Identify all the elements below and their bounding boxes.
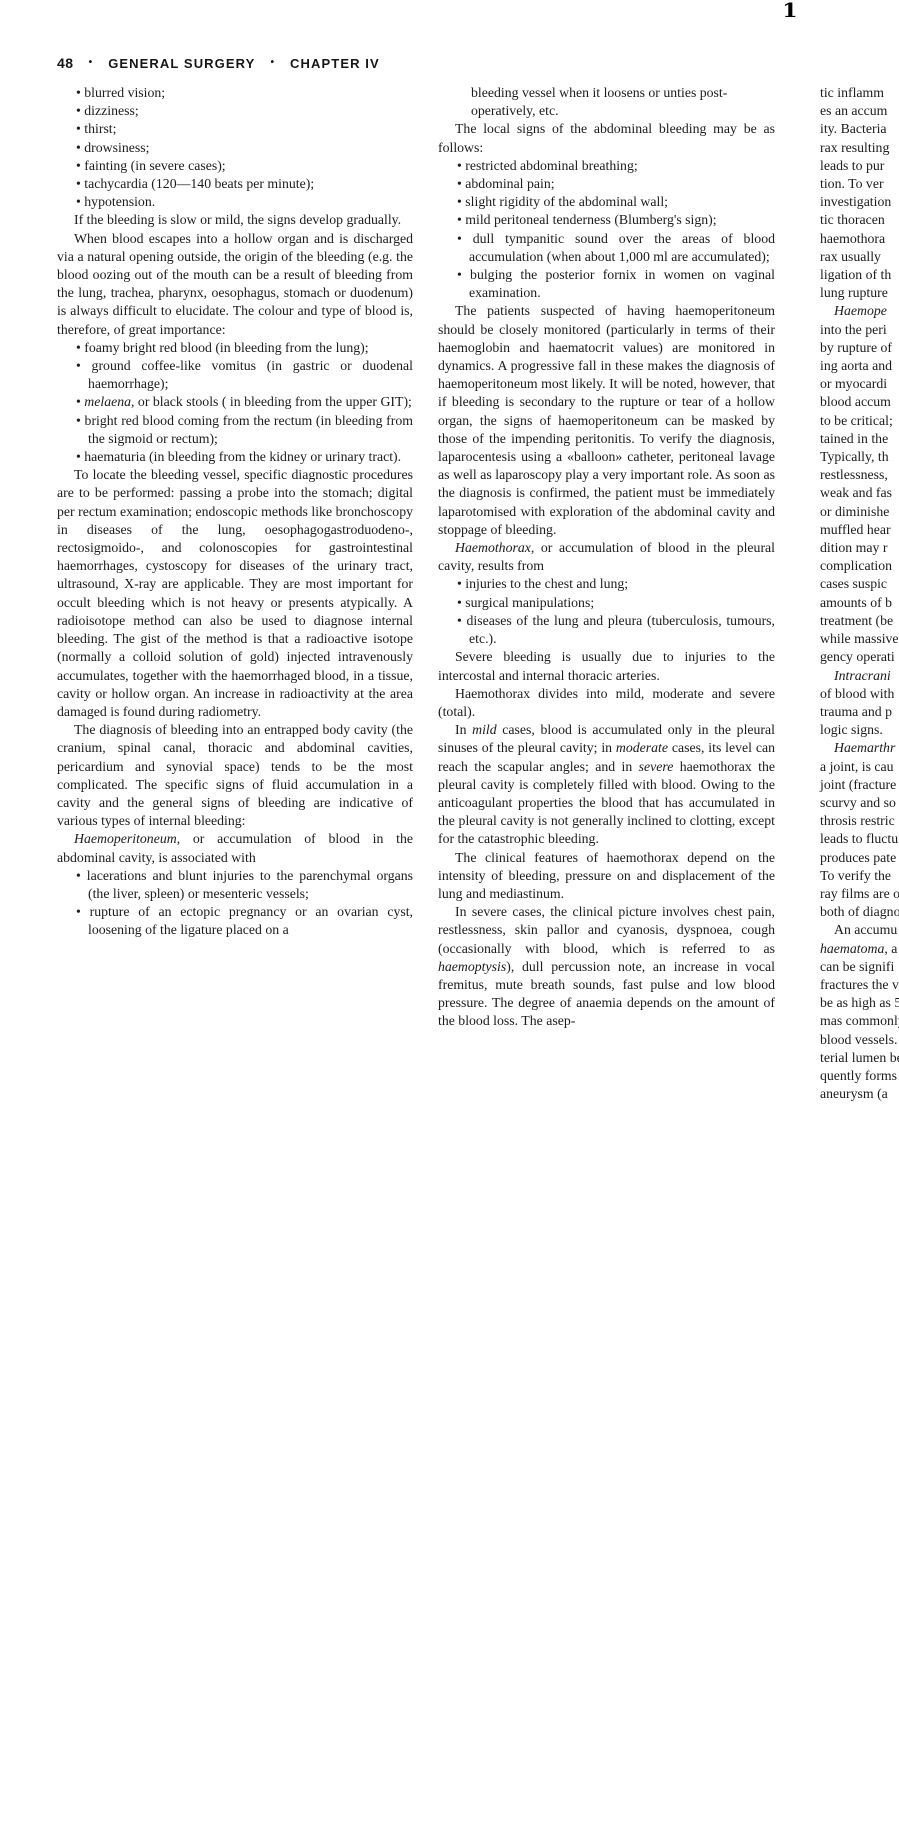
clipped-text-line: logic signs. (820, 721, 899, 739)
bullet-item: ground coffee-like vomitus (in gastric o… (88, 357, 413, 393)
text-run: In severe cases, the clinical picture in… (438, 904, 775, 955)
italic-term: Intracrani (834, 668, 891, 683)
bullet-item: bright red blood coming from the rectum … (88, 412, 413, 448)
text-run: aneurysm (a (820, 1086, 888, 1101)
text-run: thirst; (84, 121, 116, 136)
italic-term: Haemoperitoneum (74, 831, 177, 846)
clipped-text-line: lung rupture (820, 284, 899, 302)
text-run: The clinical features of haemothorax dep… (438, 850, 775, 901)
text-run: investigation (820, 194, 891, 209)
text-run: amounts of b (820, 595, 892, 610)
bullet-item: thirst; (88, 120, 413, 138)
text-run: mild peritoneal tenderness (Blumberg's s… (465, 212, 716, 227)
bullet-item: dizziness; (88, 102, 413, 120)
clipped-text-line: leads to pur (820, 157, 899, 175)
text-run: If the bleeding is slow or mild, the sig… (74, 212, 401, 227)
clipped-text-line: into the peri (820, 321, 899, 339)
text-run: diseases of the lung and pleura (tubercu… (467, 613, 776, 646)
text-run: The local signs of the abdominal bleedin… (438, 121, 775, 154)
paragraph: In severe cases, the clinical picture in… (438, 903, 775, 1030)
text-run: In (455, 722, 472, 737)
clipped-text-line: An accumu (820, 921, 899, 939)
bullet-list: foamy bright red blood (in bleeding from… (57, 339, 413, 466)
bullet-list: restricted abdominal breathing;abdominal… (438, 157, 775, 303)
text-run: joint (fracture (820, 777, 896, 792)
text-run: muffled hear (820, 522, 891, 537)
text-run: hypotension. (84, 194, 155, 209)
separator-dot: • (89, 57, 94, 68)
bullet-item: fainting (in severe cases); (88, 157, 413, 175)
text-run: rax resulting (820, 140, 889, 155)
text-run: , or black stools ( in bleeding from the… (131, 394, 412, 409)
chapter-label: CHAPTER IV (290, 56, 380, 71)
text-run: abdominal pain; (465, 176, 554, 191)
clipped-text-line: weak and fas (820, 484, 899, 502)
text-run: tic thoracen (820, 212, 885, 227)
bullet-item: melaena, or black stools ( in bleeding f… (88, 393, 413, 411)
text-run: cases suspic (820, 576, 887, 591)
italic-term: Haemarthr (834, 740, 895, 755)
text-run: ray films are o (820, 886, 899, 901)
clipped-text-line: Intracrani (820, 667, 899, 685)
clipped-text-line: produces pate (820, 849, 899, 867)
text-run: leads to fluctu (820, 831, 898, 846)
text-run: When blood escapes into a hollow organ a… (57, 231, 413, 337)
text-run: tion. To ver (820, 176, 884, 191)
separator-dot: • (270, 57, 275, 68)
book-title: GENERAL SURGERY (108, 56, 255, 71)
continuation-paragraph: bleeding vessel when it loosens or untie… (438, 84, 775, 120)
italic-term: melaena (84, 394, 131, 409)
bullet-item: blurred vision; (88, 84, 413, 102)
text-run: slight rigidity of the abdominal wall; (465, 194, 668, 209)
clipped-text-line: quently forms (820, 1067, 899, 1085)
paragraph: To locate the bleeding vessel, specific … (57, 466, 413, 721)
text-run: blurred vision; (84, 85, 165, 100)
text-run: fainting (in severe cases); (84, 158, 225, 173)
paragraph: In mild cases, blood is accumulated only… (438, 721, 775, 848)
clipped-text-line: Typically, th (820, 448, 899, 466)
clipped-text-line: dition may r (820, 539, 899, 557)
italic-term: mild (472, 722, 497, 737)
text-run: quently forms (820, 1068, 897, 1083)
clipped-text-line: ing aorta and (820, 357, 899, 375)
italic-term: Haemothorax (455, 540, 531, 555)
clipped-text-line: ity. Bacteria (820, 120, 899, 138)
paragraph: When blood escapes into a hollow organ a… (57, 230, 413, 339)
text-run: , a (884, 941, 897, 956)
clipped-text-line: tic inflamm (820, 84, 899, 102)
bullet-item: tachycardia (120—140 beats per minute); (88, 175, 413, 193)
text-run: can be signifi (820, 959, 894, 974)
clipped-text-line: restlessness, (820, 466, 899, 484)
bullet-item: drowsiness; (88, 139, 413, 157)
text-run: To verify the (820, 868, 891, 883)
clipped-text-line: investigation (820, 193, 899, 211)
clipped-text-line: amounts of b (820, 594, 899, 612)
clipped-text-line: to be critical; (820, 412, 899, 430)
clipped-text-line: blood accum (820, 393, 899, 411)
clipped-text-line: joint (fracture (820, 776, 899, 794)
text-run: restlessness, (820, 467, 888, 482)
text-run: Typically, th (820, 449, 889, 464)
clipped-text-line: aneurysm (a (820, 1085, 899, 1103)
clipped-text-line: muffled hear (820, 521, 899, 539)
page-number: 48 (57, 55, 74, 71)
bullet-item: surgical manipulations; (469, 594, 775, 612)
clipped-text-line: tion. To ver (820, 175, 899, 193)
bullet-item: haematuria (in bleeding from the kidney … (88, 448, 413, 466)
text-run: Severe bleeding is usually due to injuri… (438, 649, 775, 682)
bullet-item: slight rigidity of the abdominal wall; (469, 193, 775, 211)
text-run: complication (820, 558, 892, 573)
paragraph: If the bleeding is slow or mild, the sig… (57, 211, 413, 229)
text-run: ity. Bacteria (820, 121, 887, 136)
clipped-text-line: mas commonly (820, 1012, 899, 1030)
clipped-text-line: Haemarthr (820, 739, 899, 757)
clipped-text-line: while massive (820, 630, 899, 648)
clipped-text-line: scurvy and so (820, 794, 899, 812)
clipped-text-line: a joint, is cau (820, 758, 899, 776)
bullet-item: bulging the posterior fornix in women on… (469, 266, 775, 302)
paragraph: The local signs of the abdominal bleedin… (438, 120, 775, 156)
clipped-text-line: leads to fluctu (820, 830, 899, 848)
text-run: injuries to the chest and lung; (465, 576, 628, 591)
clipped-text-line: haemothora (820, 230, 899, 248)
text-run: tachycardia (120—140 beats per minute); (84, 176, 314, 191)
clipped-text-line: Haemope (820, 302, 899, 320)
italic-term: haematoma (820, 941, 884, 956)
paragraph: The patients suspected of having haemope… (438, 302, 775, 539)
text-run: ligation of th (820, 267, 891, 282)
text-run: be as high as 50 (820, 995, 899, 1010)
text-run: of blood with (820, 686, 894, 701)
clipped-text-line: ligation of th (820, 266, 899, 284)
text-run: surgical manipulations; (465, 595, 594, 610)
clipped-text-line: trauma and p (820, 703, 899, 721)
clipped-text-line: cases suspic (820, 575, 899, 593)
text-run: to be critical; (820, 413, 893, 428)
clipped-text-line: blood vessels. (820, 1031, 899, 1049)
italic-term: Haemope (834, 303, 887, 318)
clipped-text-line: rax resulting (820, 139, 899, 157)
text-run: both of diagno (820, 904, 899, 919)
text-run: rax usually (820, 249, 881, 264)
text-run: treatment (be (820, 613, 893, 628)
text-run: The diagnosis of bleeding into an entrap… (57, 722, 413, 828)
bullet-item: hypotension. (88, 193, 413, 211)
text-run: bulging the posterior fornix in women on… (469, 267, 775, 300)
clipped-text-line: treatment (be (820, 612, 899, 630)
text-run: bright red blood coming from the rectum … (85, 413, 413, 446)
text-run: dition may r (820, 540, 887, 555)
bullet-item: diseases of the lung and pleura (tubercu… (469, 612, 775, 648)
bullet-item: restricted abdominal breathing; (469, 157, 775, 175)
text-run: while massive (820, 631, 899, 646)
text-run: dull tympanitic sound over the areas of … (469, 231, 775, 264)
text-column-left: blurred vision;dizziness;thirst;drowsine… (57, 84, 413, 940)
text-run: tained in the (820, 431, 888, 446)
text-run: throsis restric (820, 813, 895, 828)
clipped-text-line: throsis restric (820, 812, 899, 830)
clipped-text-line: can be signifi (820, 958, 899, 976)
bullet-list: lacerations and blunt injuries to the pa… (57, 867, 413, 940)
paragraph: Severe bleeding is usually due to injuri… (438, 648, 775, 684)
paragraph: Haemoperitoneum, or accumulation of bloo… (57, 830, 413, 866)
paragraph: Haemothorax divides into mild, moderate … (438, 685, 775, 721)
italic-term: moderate (616, 740, 668, 755)
clipped-text-line: gency operati (820, 648, 899, 666)
scanned-book-page: 1 48 • GENERAL SURGERY • CHAPTER IV blur… (0, 0, 899, 1836)
page-header: 48 • GENERAL SURGERY • CHAPTER IV (57, 55, 380, 71)
text-run: ing aorta and (820, 358, 892, 373)
text-run: produces pate (820, 850, 896, 865)
corner-mark: 1 (782, 0, 797, 20)
text-run: into the peri (820, 322, 887, 337)
clipped-text-line: by rupture of (820, 339, 899, 357)
text-run: weak and fas (820, 485, 892, 500)
text-run: or myocardi (820, 376, 887, 391)
bullet-item: lacerations and blunt injuries to the pa… (88, 867, 413, 903)
bullet-item: abdominal pain; (469, 175, 775, 193)
clipped-text-line: tic thoracen (820, 211, 899, 229)
bullet-item: injuries to the chest and lung; (469, 575, 775, 593)
text-run: lacerations and blunt injuries to the pa… (87, 868, 413, 901)
text-run: bleeding vessel when it loosens or untie… (471, 85, 727, 118)
paragraph: The diagnosis of bleeding into an entrap… (57, 721, 413, 830)
paragraph: The clinical features of haemothorax dep… (438, 849, 775, 904)
italic-term: severe (639, 759, 674, 774)
text-column-middle: bleeding vessel when it loosens or untie… (438, 84, 775, 1031)
clipped-text-line: be as high as 50 (820, 994, 899, 1012)
text-run: a joint, is cau (820, 759, 894, 774)
clipped-text-line: or diminishe (820, 503, 899, 521)
text-run: To locate the bleeding vessel, specific … (57, 467, 413, 719)
text-run: by rupture of (820, 340, 892, 355)
italic-term: haemoptysis (438, 959, 506, 974)
clipped-text-line: es an accum (820, 102, 899, 120)
clipped-text-line: both of diagno (820, 903, 899, 921)
text-run: foamy bright red blood (in bleeding from… (84, 340, 368, 355)
text-column-right-clipped: tic inflammes an accumity. Bacteriarax r… (820, 84, 899, 1103)
clipped-text-line: terial lumen be (820, 1049, 899, 1067)
bullet-item: rupture of an ectopic pregnancy or an ov… (88, 903, 413, 939)
text-run: es an accum (820, 103, 887, 118)
text-run: rupture of an ectopic pregnancy or an ov… (88, 904, 413, 937)
text-run: drowsiness; (84, 140, 149, 155)
text-run: scurvy and so (820, 795, 896, 810)
clipped-text-line: ray films are o (820, 885, 899, 903)
clipped-text-line: of blood with (820, 685, 899, 703)
clipped-text-line: haematoma, a (820, 940, 899, 958)
text-run: gency operati (820, 649, 895, 664)
bullet-item: mild peritoneal tenderness (Blumberg's s… (469, 211, 775, 229)
text-run: Haemothorax divides into mild, moderate … (438, 686, 775, 719)
text-run: tic inflamm (820, 85, 884, 100)
text-run: dizziness; (84, 103, 138, 118)
text-run: terial lumen be (820, 1050, 899, 1065)
clipped-text-line: complication (820, 557, 899, 575)
clipped-text-line: To verify the (820, 867, 899, 885)
text-run: restricted abdominal breathing; (465, 158, 637, 173)
text-run: haematuria (in bleeding from the kidney … (84, 449, 401, 464)
text-run: The patients suspected of having haemope… (438, 303, 775, 536)
clipped-text-line: tained in the (820, 430, 899, 448)
text-run: haemothora (820, 231, 885, 246)
text-run: blood accum (820, 394, 891, 409)
clipped-text-line: rax usually (820, 248, 899, 266)
text-run: ground coffee-like vomitus (in gastric o… (88, 358, 413, 391)
clipped-text-line: or myocardi (820, 375, 899, 393)
bullet-item: dull tympanitic sound over the areas of … (469, 230, 775, 266)
bullet-list: injuries to the chest and lung;surgical … (438, 575, 775, 648)
text-run: lung rupture (820, 285, 888, 300)
text-run: An accumu (834, 922, 897, 937)
paragraph: Haemothorax, or accumulation of blood in… (438, 539, 775, 575)
text-run: leads to pur (820, 158, 884, 173)
text-run: logic signs. (820, 722, 883, 737)
text-run: mas commonly (820, 1013, 899, 1028)
bullet-list: blurred vision;dizziness;thirst;drowsine… (57, 84, 413, 211)
text-run: trauma and p (820, 704, 892, 719)
text-run: or diminishe (820, 504, 889, 519)
text-run: blood vessels. (820, 1032, 897, 1047)
text-run: fractures the v (820, 977, 899, 992)
bullet-item: foamy bright red blood (in bleeding from… (88, 339, 413, 357)
clipped-text-line: fractures the v (820, 976, 899, 994)
